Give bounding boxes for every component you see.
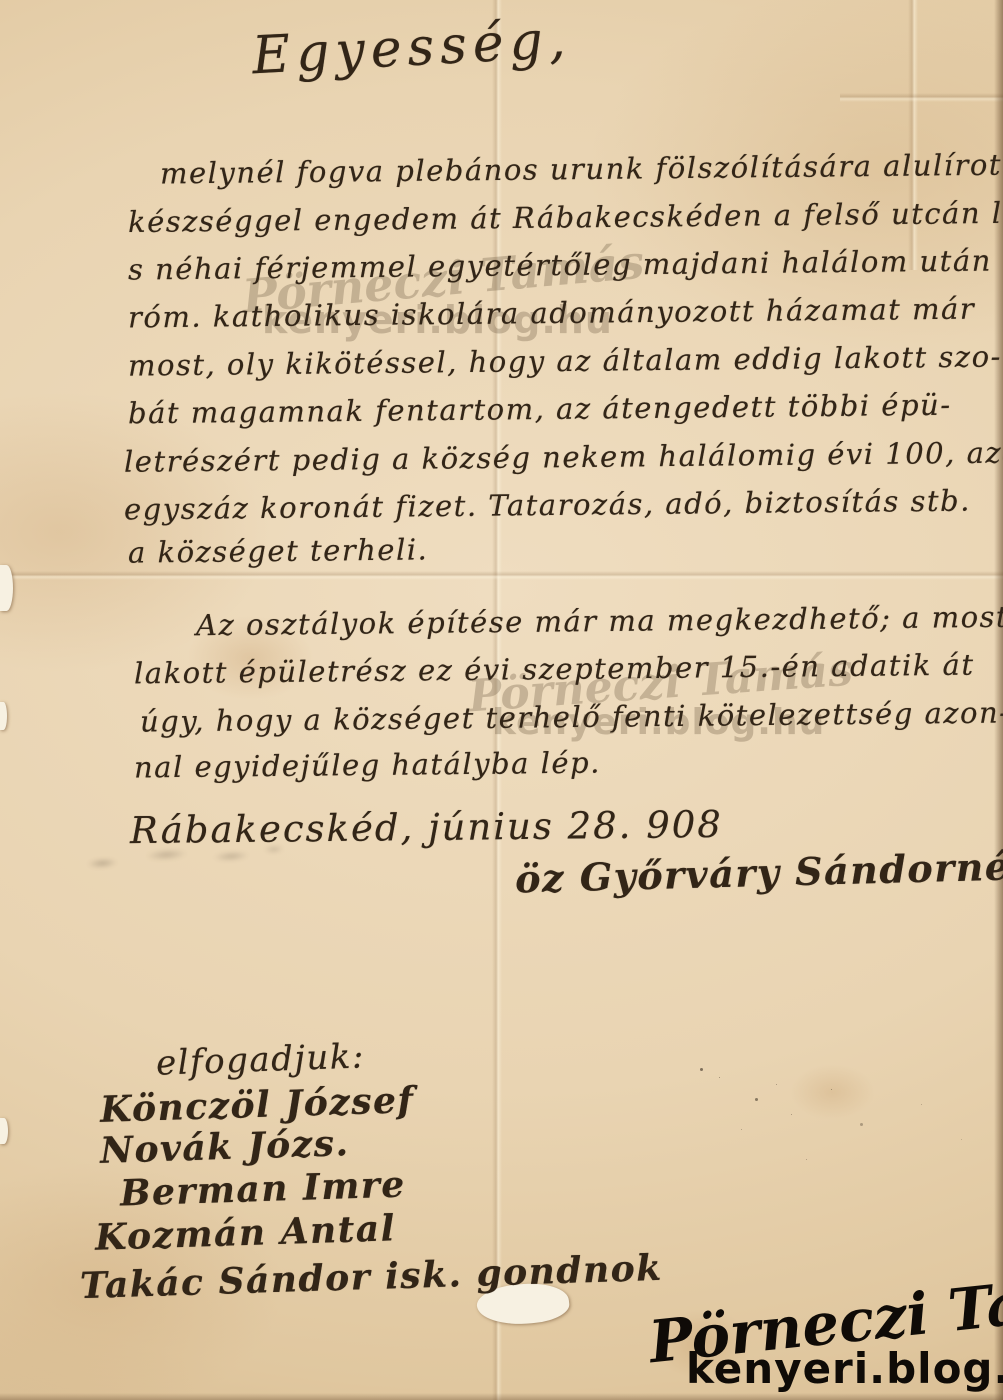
dateline: Rábakecskéd, június 28. 908 (130, 803, 723, 852)
handwritten-line: s néhai férjemmel egyetértőleg majdani h… (128, 243, 992, 286)
left-edge-tear (0, 1118, 8, 1144)
scan-edge-shadow (0, 1393, 1003, 1400)
left-edge-tear (0, 702, 7, 730)
handwritten-line: a községet terheli. (128, 532, 429, 569)
ink-specks (700, 1068, 703, 1071)
top-right-horizontal-crease (840, 93, 1003, 102)
watermark-blog-url: kenyeri.blog.hu (686, 1344, 1003, 1393)
left-edge-tear (0, 565, 13, 611)
letter-title: Egyesség, (251, 10, 573, 87)
scanned-letter-page: Pörneczi Tamás kenyeri.blog.hu Pörneczi … (0, 0, 1003, 1400)
handwritten-line: úgy, hogy a községet terhelő fenti kötel… (140, 695, 1003, 738)
handwritten-line: bát magamnak fentartom, az átengedett tö… (128, 388, 952, 431)
main-signature: öz Győrváry Sándorné (514, 844, 1003, 902)
signatory-name: Könczöl József (99, 1079, 415, 1131)
acceptance-note: elfogadjuk: (155, 1036, 365, 1083)
handwritten-line: egyszáz koronát fizet. Tatarozás, adó, b… (124, 484, 971, 527)
handwritten-line: melynél fogva plebános urunk fölszólítás… (160, 148, 1003, 191)
horizontal-fold-crease (0, 571, 1003, 580)
handwritten-line: nal egyidejűleg hatályba lép. (134, 746, 601, 785)
handwritten-line: letrészért pedig a község nekem halálomi… (124, 435, 1003, 479)
handwritten-line: Az osztályok építése már ma megkezdhető;… (196, 600, 1003, 643)
signatory-name: Kozmán Antal (94, 1207, 396, 1258)
handwritten-line: most, oly kikötéssel, hogy az általam ed… (128, 339, 1002, 382)
signatory-name: Novák Józs. (99, 1122, 350, 1172)
handwritten-line: készséggel engedem át Rábakecskéden a fe… (128, 195, 1003, 239)
signatory-name: Berman Imre (119, 1164, 406, 1215)
